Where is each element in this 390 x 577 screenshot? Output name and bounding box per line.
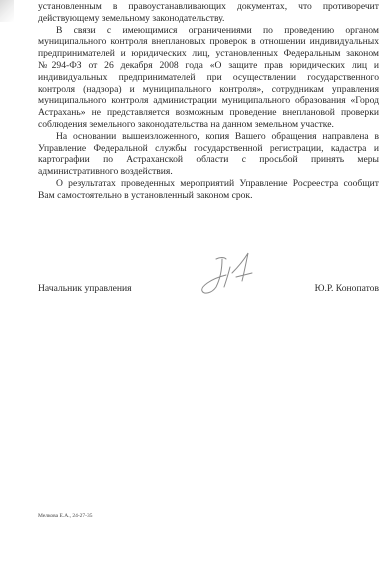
paragraph-results-notice: О результатах проведенных мероприятий Уп… [38, 178, 379, 202]
paragraph-inspection-restriction: В связи с имеющимися ограничениями по пр… [38, 25, 379, 131]
letter-body: установленным в правоустанавливающих док… [38, 0, 379, 202]
signer-name: Ю.Р. Конопатов [315, 283, 379, 294]
scan-corner-shadow [0, 0, 14, 22]
signer-position: Начальник управления [38, 283, 132, 294]
executor-contact: Мелкова Е.А., 24-27-35 [38, 513, 92, 519]
paragraph-forwarded-copy: На основании вышеизложенного, копия Ваше… [38, 131, 379, 178]
paragraph-continuation: установленным в правоустанавливающих док… [38, 1, 379, 25]
handwritten-signature-icon [196, 247, 266, 301]
